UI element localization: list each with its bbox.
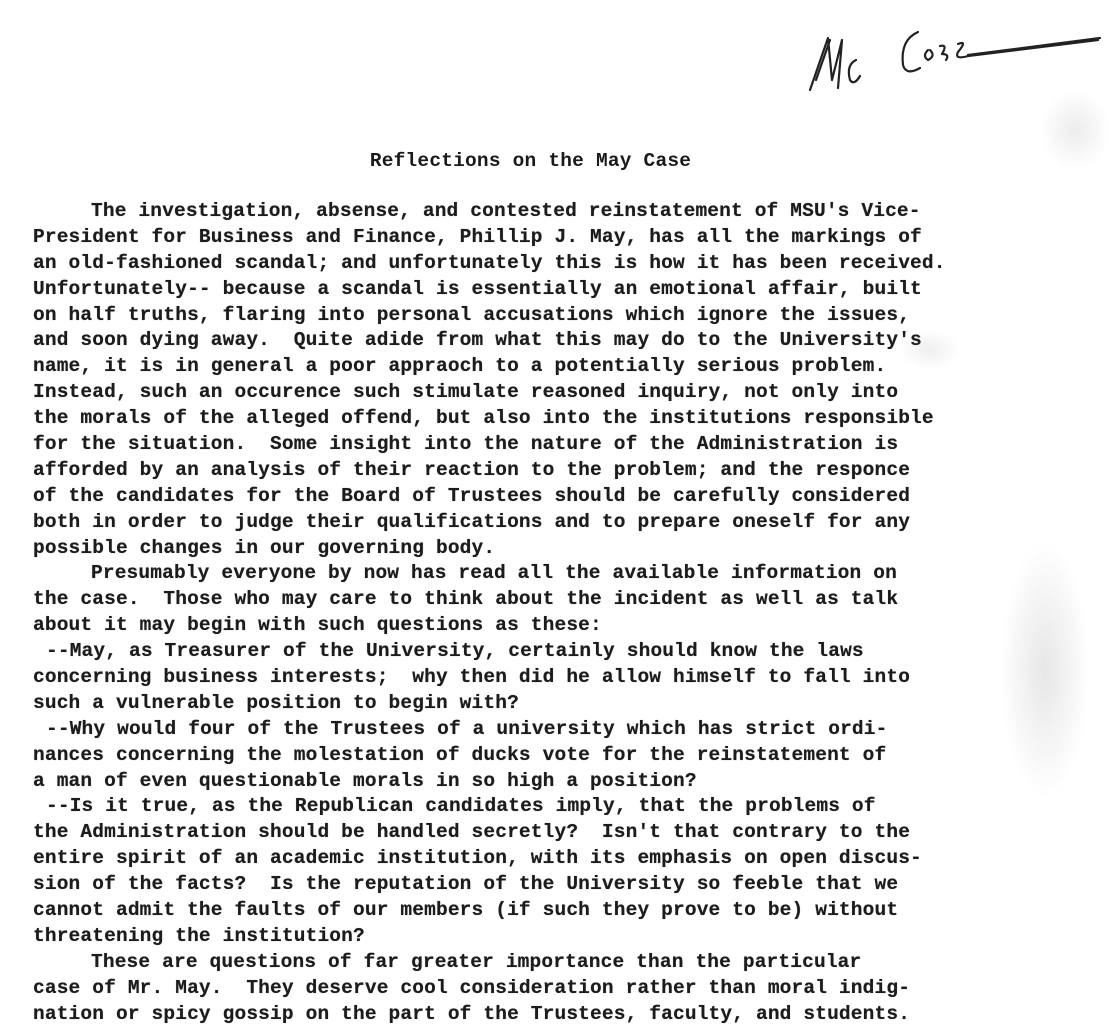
text-line: President for Business and Finance, Phil… (33, 225, 946, 251)
text-line: possible changes in our governing body. (33, 536, 946, 562)
text-line: sion of the facts? Is the reputation of … (33, 872, 946, 898)
text-line: name, it is in general a poor appraoch t… (33, 354, 946, 380)
text-line: case of Mr. May. They deserve cool consi… (33, 976, 946, 1002)
text-line: cannot admit the faults of our members (… (33, 898, 946, 924)
document-title: Reflections on the May Case (0, 150, 1088, 172)
text-line: threatening the institution? (33, 924, 946, 950)
document-body: The investigation, absense, and conteste… (33, 199, 946, 1026)
text-line: --Is it true, as the Republican candidat… (33, 794, 946, 820)
handwritten-annotation: Mc Case (808, 10, 1108, 100)
text-line: The investigation, absense, and conteste… (33, 199, 946, 225)
text-line: --May, as Treasurer of the University, c… (33, 639, 946, 665)
text-line: afforded by an analysis of their reactio… (33, 458, 946, 484)
text-line: both in order to judge their qualificati… (33, 510, 946, 536)
text-line: for the situation. Some insight into the… (33, 432, 946, 458)
scan-smudge (1000, 540, 1090, 800)
text-line: nances concerning the molestation of duc… (33, 743, 946, 769)
text-line: the morals of the alleged offend, but al… (33, 406, 946, 432)
text-line: and soon dying away. Quite adide from wh… (33, 328, 946, 354)
text-line: about it may begin with such questions a… (33, 613, 946, 639)
text-line: a man of even questionable morals in so … (33, 769, 946, 795)
text-line: the Administration should be handled sec… (33, 820, 946, 846)
text-line: Instead, such an occurence such stimulat… (33, 380, 946, 406)
text-line: on half truths, flaring into personal ac… (33, 303, 946, 329)
text-line: Unfortunately-- because a scandal is ess… (33, 277, 946, 303)
text-line: concerning business interests; why then … (33, 665, 946, 691)
text-line: nation or spicy gossip on the part of th… (33, 1002, 946, 1026)
text-line: --Why would four of the Trustees of a un… (33, 717, 946, 743)
text-line: such a vulnerable position to begin with… (33, 691, 946, 717)
document-page: Mc Case Reflections on the May Case The … (0, 0, 1115, 1026)
text-line: of the candidates for the Board of Trust… (33, 484, 946, 510)
text-line: These are questions of far greater impor… (33, 950, 946, 976)
text-line: Presumably everyone by now has read all … (33, 561, 946, 587)
text-line: the case. Those who may care to think ab… (33, 587, 946, 613)
text-line: an old-fashioned scandal; and unfortunat… (33, 251, 946, 277)
text-line: entire spirit of an academic institution… (33, 846, 946, 872)
